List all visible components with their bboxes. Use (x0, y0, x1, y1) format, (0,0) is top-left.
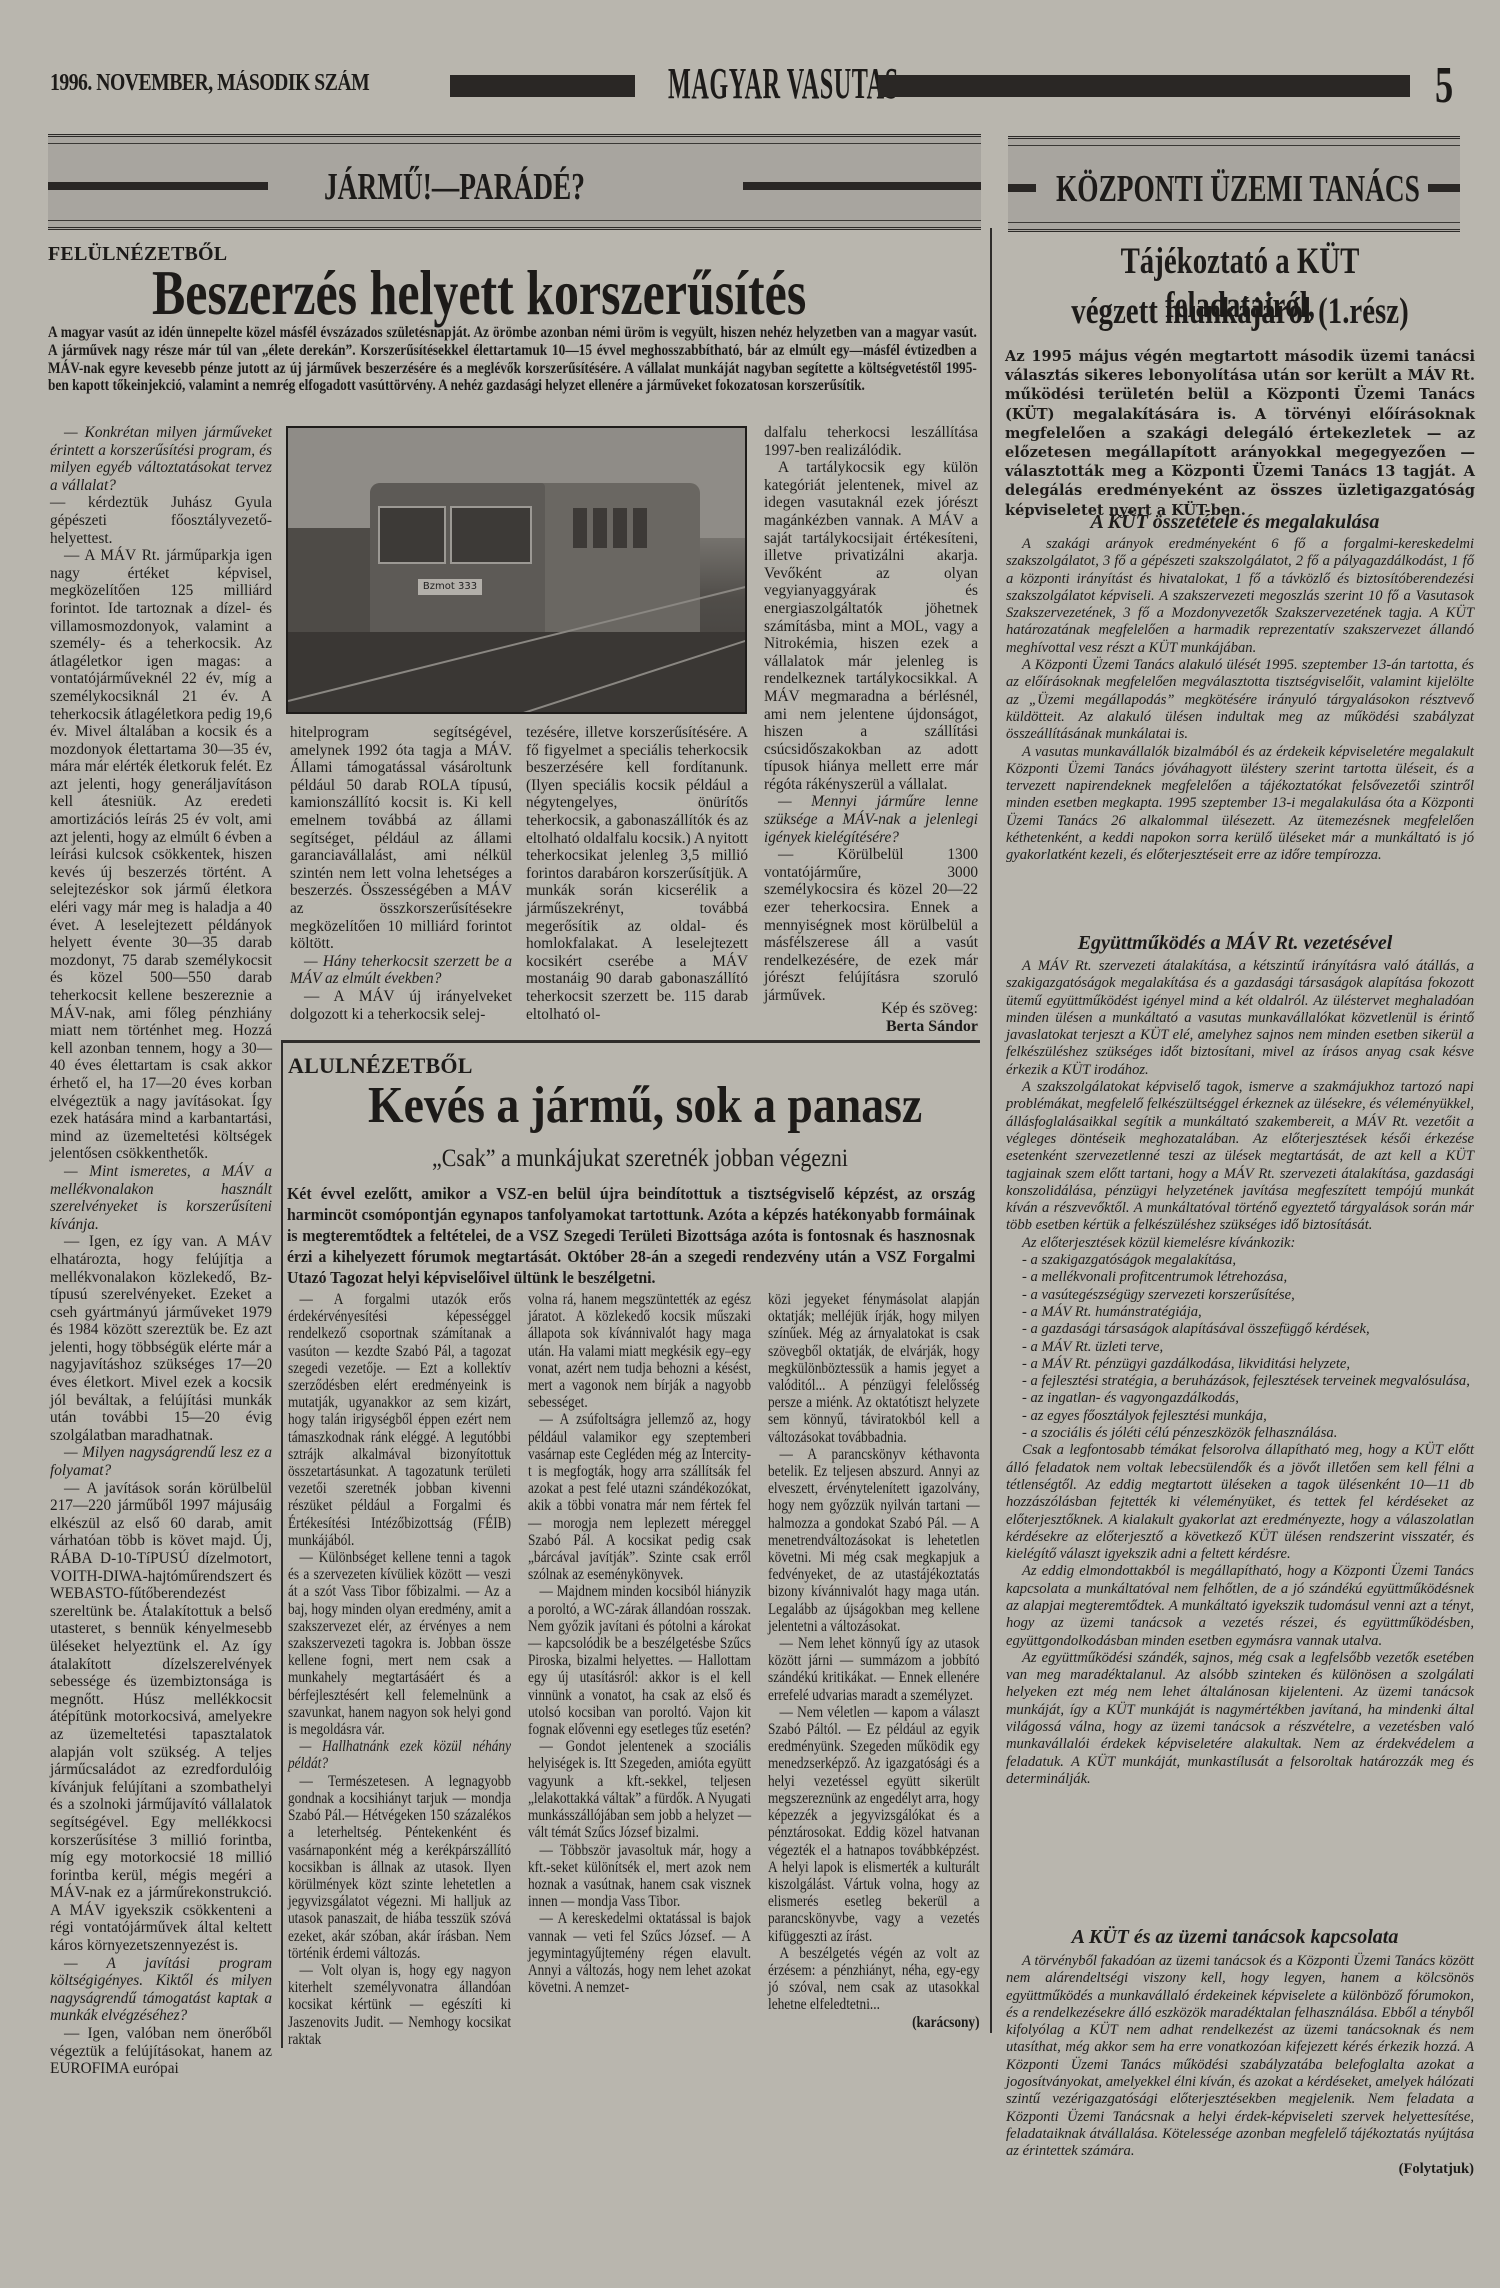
paragraph: A tartálykocsik egy külön kategóriát jel… (764, 459, 978, 793)
author-signature: (karácsony) (768, 2013, 980, 2030)
byline-author: Berta Sándor (764, 1018, 978, 1036)
photo-side-window (613, 508, 627, 548)
article-lead: Két évvel ezelőtt, amikor a VSZ-en belül… (287, 1183, 975, 1288)
banner-rule (48, 182, 268, 190)
paragraph: — Gondot jelentenek a szociális helyiség… (528, 1737, 751, 1840)
paragraph: — Volt olyan is, hogy egy nagyon kiterhe… (288, 1961, 511, 2047)
list-item: - a mellékvonali profitcentrumok létreho… (1006, 1269, 1474, 1286)
paragraph: — A forgalmi utazók erős érdekérvényesít… (288, 1290, 511, 1548)
paragraph: — Igen, ez így van. A MÁV elhatározta, h… (50, 1233, 272, 1444)
section-body: A MÁV Rt. szervezeti átalakítása, a kéts… (1006, 958, 1474, 1788)
interview-question: — Mint ismeretes, a MÁV a mellékvonalako… (50, 1163, 272, 1233)
photo-side-window (593, 508, 607, 548)
paragraph: — A MÁV új irányelveket dolgozott ki a t… (290, 988, 512, 1023)
paragraph: A MÁV Rt. szervezeti átalakítása, a kéts… (1006, 958, 1474, 1079)
paragraph: Az együttműködési szándék, sajnos, még c… (1006, 1650, 1474, 1788)
masthead: 1996. NOVEMBER, MÁSODIK SZÁM MAGYAR VASU… (50, 62, 1460, 110)
article1-column-3: tezésére, illetve korszerűsítésére. A fő… (526, 724, 748, 1023)
article1-column-2: hitelprogram segítségével, amelynek 1992… (290, 724, 512, 1023)
byline: Kép és szöveg: Berta Sándor (764, 1000, 978, 1036)
list-item: - a fejlesztési stratégia, a beruházások… (1006, 1373, 1474, 1390)
paragraph: dalfalu teherkocsi leszállítása 1997-ben… (764, 424, 978, 459)
paragraph: — kérdeztük Juhász Gyula gépészeti főosz… (50, 494, 272, 547)
article-lead: Az 1995 május végén megtartott második ü… (1005, 347, 1475, 520)
list-item: - a gazdasági társaságok alapításával ös… (1006, 1321, 1474, 1338)
interview-question: — Hallhatnánk ezek közül néhány példát? (288, 1737, 511, 1771)
article-lead: A magyar vasút az idén ünnepelte közel m… (48, 324, 977, 395)
photo-windshield-right (450, 506, 532, 564)
article-headline: Kevés a jármű, sok a panasz (368, 1076, 922, 1135)
section-heading: A KÜT és az üzemi tanácsok kapcsolata (1000, 1926, 1470, 1949)
photo-adjacent-car (288, 528, 370, 648)
paragraph: — A MÁV Rt. járműparkja igen nagy értéke… (50, 547, 272, 1163)
column-divider (281, 1040, 283, 2048)
photo-side-window (633, 508, 647, 548)
paragraph: A törvényből fakadóan az üzemi tanácsok … (1006, 1953, 1474, 2161)
paragraph: — A zsúfoltságra jellemző az, hogy példá… (528, 1410, 751, 1582)
paragraph: — Különbséget kellene tenni a tagok és a… (288, 1548, 511, 1737)
interview-question: — Mennyi járműre lenne szüksége a MÁV-na… (764, 793, 978, 846)
interview-question: — Milyen nagyságrendű lesz ez a folyamat… (50, 1444, 272, 1479)
list-item: - a szakigazgatóságok megalakítása, (1006, 1252, 1474, 1269)
article2-column-3: közi jegyeket fénymásolat alapján oktatj… (768, 1290, 980, 2030)
newspaper-title: MAGYAR VASUTAS (668, 58, 899, 109)
paragraph: A szakági arányok eredményeként 6 fő a f… (1006, 536, 1474, 657)
banner-rule (743, 182, 981, 190)
list-item: - a MÁV Rt. pénzügyi gazdálkodása, likvi… (1006, 1356, 1474, 1373)
photo-number-plate: Bzmot 333 (418, 579, 482, 595)
paragraph: A vasutas munkavállalók bizalmából és az… (1006, 744, 1474, 865)
interview-question: — Konkrétan milyen járműveket érintett a… (50, 424, 272, 494)
section-title: JÁRMŰ!—PARÁDÉ? (324, 165, 585, 209)
paragraph: hitelprogram segítségével, amelynek 1992… (290, 724, 512, 953)
paragraph: A szakszolgálatokat képviselő tagok, ism… (1006, 1079, 1474, 1235)
paragraph: — A kereskedelmi oktatással is bajok van… (528, 1909, 751, 1995)
section-title: KÖZPONTI ÜZEMI TANÁCS (1056, 167, 1420, 211)
article1-column-4: dalfalu teherkocsi leszállítása 1997-ben… (764, 424, 978, 1005)
list-item: - a MÁV Rt. humánstratégiája, (1006, 1304, 1474, 1321)
section-heading: Együttműködés a MÁV Rt. vezetésével (1000, 932, 1470, 955)
list-item: - az egyes főosztályok fejlesztési munká… (1006, 1408, 1474, 1425)
masthead-rule-left (450, 75, 635, 97)
paragraph: Csak a legfontosabb témákat felsorolva á… (1006, 1442, 1474, 1563)
masthead-rule-right (878, 75, 1410, 97)
paragraph: volna rá, hanem megszüntették az egész j… (528, 1290, 751, 1410)
interview-question: — A javítási program költségigényes. Kik… (50, 1955, 272, 2025)
article-headline: Beszerzés helyett korszerűsítés (152, 256, 806, 330)
section-body: A szakági arányok eredményeként 6 fő a f… (1006, 536, 1474, 865)
page-number: 5 (1435, 56, 1453, 115)
paragraph: A Központi Üzemi Tanács alakuló ülését 1… (1006, 657, 1474, 743)
list-item: - a MÁV Rt. üzleti terve, (1006, 1339, 1474, 1356)
article-separator (283, 1040, 980, 1043)
paragraph: Az előterjesztések közül kiemelésre kívá… (1006, 1235, 1474, 1252)
banner-rule (1428, 184, 1460, 192)
list-item: - a szociális és jóléti célú pénzeszközö… (1006, 1425, 1474, 1442)
newspaper-page: 1996. NOVEMBER, MÁSODIK SZÁM MAGYAR VASU… (0, 0, 1500, 2288)
section-heading: A KÜT összetétele és megalakulása (1000, 511, 1470, 534)
section-banner-kut: KÖZPONTI ÜZEMI TANÁCS (1008, 136, 1460, 232)
article-subheadline: „Csak” a munkájukat szeretnék jobban vég… (432, 1145, 848, 1173)
interview-question: — Hány teherkocsit szerzett be a MÁV az … (290, 953, 512, 988)
paragraph: — Nem lehet könnyű így az utasok között … (768, 1634, 980, 1703)
issue-date: 1996. NOVEMBER, MÁSODIK SZÁM (50, 70, 369, 97)
paragraph: — Igen, valóban nem önerőből végeztük a … (50, 2025, 272, 2078)
article1-column-1: — Konkrétan milyen járműveket érintett a… (50, 424, 272, 2078)
section-banner-jarmu-parade: JÁRMŰ!—PARÁDÉ? (48, 134, 981, 230)
paragraph: — Majdnem minden kocsiból hiányzik a por… (528, 1582, 751, 1737)
paragraph: A beszélgetés végén az volt az érzésem: … (768, 1944, 980, 2013)
article-headline-line-2: végzett munkájáról (1.rész) (1053, 290, 1427, 334)
photo-windshield-left (378, 506, 446, 564)
column-divider (990, 228, 992, 2033)
list-item: - az ingatlan- és vagyongazdálkodás, (1006, 1390, 1474, 1407)
continued-note: (Folytatjuk) (1006, 2161, 1474, 2178)
paragraph: — A parancskönyv kéthavonta betelik. Ez … (768, 1445, 980, 1634)
byline-label: Kép és szöveg: (764, 1000, 978, 1018)
paragraph: közi jegyeket fénymásolat alapján oktatj… (768, 1290, 980, 1445)
photo-side-window (573, 508, 587, 548)
banner-rule (1008, 184, 1036, 192)
paragraph: Az eddig elmondottakból is megállapíthat… (1006, 1563, 1474, 1649)
article2-column-2: volna rá, hanem megszüntették az egész j… (528, 1290, 751, 1995)
article2-column-1: — A forgalmi utazók erős érdekérvényesít… (288, 1290, 511, 2047)
paragraph: — Körülbelül 1300 vontatójárműre, 3000 s… (764, 846, 978, 1004)
list-item: - a vasútegészségügy szervezeti korszerű… (1006, 1287, 1474, 1304)
paragraph: tezésére, illetve korszerűsítésére. A fő… (526, 724, 748, 1023)
paragraph: — Többször javasoltuk már, hogy a kft.-s… (528, 1841, 751, 1910)
section-body: A törvényből fakadóan az üzemi tanácsok … (1006, 1953, 1474, 2178)
train-photo: Bzmot 333 (286, 426, 747, 714)
paragraph: — A javítások során körülbelül 217—220 j… (50, 1480, 272, 1955)
paragraph: — Természetesen. A legnagyobb gondnak a … (288, 1772, 511, 1961)
paragraph: — Nem véletlen — kapom a választ Szabó P… (768, 1703, 980, 1944)
